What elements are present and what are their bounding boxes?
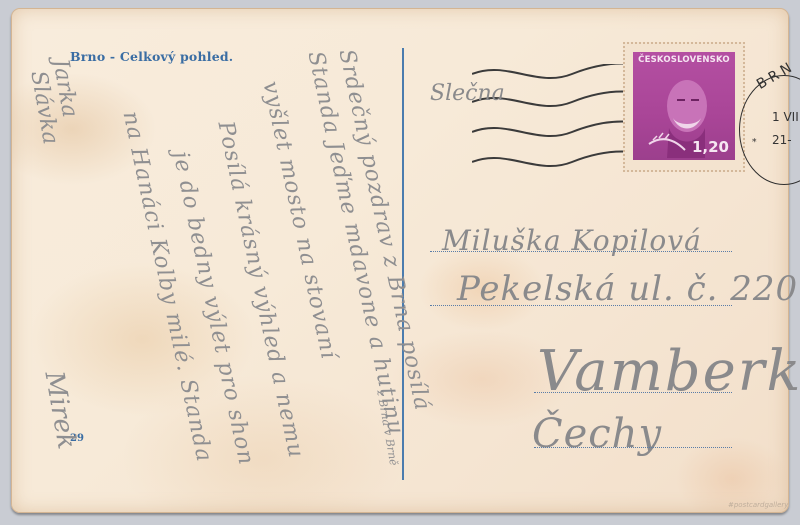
stamp-value: 1,20 <box>692 138 729 156</box>
postage-stamp: ČESKOSLOVENSKO 1,20 <box>623 42 745 172</box>
address-line <box>534 392 732 393</box>
sender-note: Slečna <box>430 81 505 106</box>
stamp-country: ČESKOSLOVENSKO <box>633 55 735 65</box>
postmark-time: 21- <box>772 133 792 147</box>
postmark-star-icon: * <box>752 138 757 148</box>
recipient-name: Miluška Kopilová <box>442 224 702 257</box>
signature: Mirek <box>38 369 81 452</box>
recipient-street: Pekelská ul. č. 220 <box>457 269 798 309</box>
address-line <box>430 251 732 252</box>
postcard: Brno - Celkový pohled. 29 Srdečný pozdra… <box>11 8 789 513</box>
postmark-date: 1 VII <box>772 110 799 124</box>
address-line <box>534 447 732 448</box>
postmark: BRN 1 VII 21- I * <box>739 75 800 185</box>
printed-title: Brno - Celkový pohled. <box>70 49 233 64</box>
postmark-city: BRN <box>754 58 798 93</box>
address-line <box>430 305 732 306</box>
recipient-country: Čechy <box>532 411 662 457</box>
watermark: #postcardgallery <box>728 501 788 509</box>
recipient-city: Vamberk <box>537 339 800 404</box>
